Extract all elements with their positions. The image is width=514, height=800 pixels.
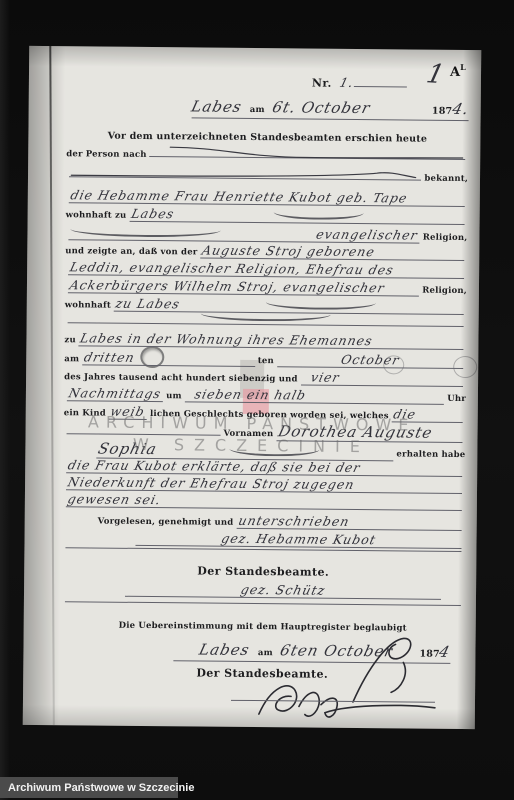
certify-year-digit: 4: [438, 643, 453, 661]
dateline-year-digit: 4.: [450, 100, 471, 118]
time-of-day-entry: Nachmittags: [67, 385, 163, 401]
entry-line: Nachmittags: [67, 385, 163, 402]
father-entry: Ackerbürgers Wilhelm Stroj, evangelische…: [68, 277, 386, 295]
year-words-label: des Jahres tausend acht hundert siebenzi…: [64, 372, 298, 384]
form-code-superscript: L: [460, 62, 466, 72]
hour-entry: sieben ein halb: [193, 386, 308, 402]
ten-label: ten: [258, 356, 274, 366]
row-residence-1: wohnhaft zu Labes: [66, 205, 468, 226]
mother-entry-2: Leddin, evangelischer Religion, Ehefrau …: [68, 259, 395, 277]
entry-line: gez. Hebamme Kubot: [135, 530, 461, 549]
row-dateline: Labes am 6t. October 187 4.: [192, 97, 469, 121]
form-code-letter: A: [450, 65, 460, 80]
entry-line: vier: [301, 369, 464, 387]
dateline-am: am: [250, 105, 265, 115]
entry-line: gewesen sei.: [66, 491, 462, 511]
dateline-year-printed: 187: [432, 106, 453, 117]
registrar-signature-text: gez. Schütz: [239, 582, 327, 598]
vorgelesen-label: Vorgelesen, genehmigt und: [98, 517, 234, 528]
nr-label: Nr.: [312, 77, 332, 90]
religion-entry: evangelischer: [315, 227, 420, 243]
registrar-label-1: Der Standesbeamte.: [197, 564, 329, 578]
entry-line: sieben ein halb: [185, 386, 445, 404]
pen-flourish: [70, 227, 220, 237]
birth-month-entry: October: [339, 352, 401, 368]
entry-line: evangelischer: [68, 224, 419, 243]
bekannt-label: bekannt,: [424, 174, 468, 184]
certify-am: am: [258, 648, 273, 658]
pen-flourish: [150, 144, 466, 161]
document-page: 1 AL Nr. 1. Labes am 6t. October 187 4. …: [23, 46, 481, 729]
row-number: Nr. 1.: [312, 75, 407, 93]
midwife-signature: gez. Hebamme Kubot: [220, 531, 378, 547]
certify-place: Labes: [198, 641, 252, 659]
blank-line: [69, 176, 421, 180]
intro-text: Vor dem unterzeichneten Standesbeamten e…: [108, 131, 428, 145]
residence-entry: Labes: [130, 206, 176, 221]
birthplace-entry: Labes in der Wohnung ihres Ehemannes: [79, 330, 375, 348]
pen-flourish: [266, 300, 376, 310]
pen-flourish: [69, 164, 422, 181]
entry-line: die Hebamme Frau Henriette Kubot geb. Ta…: [69, 187, 465, 207]
archive-footer-bar: Archiwum Państwowe w Szczecinie: [0, 777, 178, 798]
entry-line: Leddin, evangelischer Religion, Ehefrau …: [68, 259, 464, 279]
row-registrar-signature-1: gez. Schütz: [62, 580, 464, 601]
am-label: am: [64, 354, 79, 364]
wohnhaft-label-2: wohnhaft: [65, 300, 111, 310]
blank-line: [150, 156, 466, 160]
unterschrieben-entry: unterschrieben: [237, 513, 351, 529]
midwife-entry: die Hebamme Frau Henriette Kubot geb. Ta…: [69, 187, 409, 205]
pen-flourish: [201, 312, 331, 322]
blank-line: [354, 86, 407, 88]
um-label: um: [166, 391, 182, 401]
declaration-entry-1: die Frau Kubot erklärte, daß sie bei der: [66, 457, 362, 475]
row-birthplace: zu Labes in der Wohnung ihres Ehemannes: [64, 330, 466, 351]
declaration-entry-3: gewesen sei.: [66, 491, 163, 507]
page-crease-line: [49, 46, 55, 725]
wohnhaft-label: wohnhaft zu: [66, 210, 127, 221]
zu-label: zu: [64, 335, 76, 345]
dateline-place: Labes: [190, 97, 244, 115]
entry-line: Labes: [129, 206, 464, 225]
blank-line: [65, 601, 461, 606]
row-declaration-3: gewesen sei.: [63, 491, 465, 512]
entry-line: October: [277, 351, 463, 369]
corner-page-number: 1: [424, 59, 448, 90]
pen-flourish: [273, 210, 363, 220]
mother-name-entry: Auguste Stroj geborene: [201, 243, 377, 260]
birth-day-entry: dritten: [82, 349, 136, 364]
religion-label-2: Religion,: [422, 286, 467, 296]
nr-value: 1.: [338, 75, 356, 90]
entry-line: dritten: [82, 349, 255, 367]
birth-year-entry: vier: [309, 370, 341, 385]
person-nach-label: der Person nach: [66, 149, 147, 160]
entry-line: unterschrieben: [236, 513, 461, 531]
row-blank-3: [62, 601, 464, 622]
entry-line: Labes in der Wohnung ihres Ehemannes: [79, 330, 464, 350]
scan-background: 1 AL Nr. 1. Labes am 6t. October 187 4. …: [0, 0, 514, 800]
uhr-label: Uhr: [447, 394, 466, 404]
archive-label: Archiwum Państwowe w Szczecinie: [0, 782, 194, 794]
form-code: AL: [450, 62, 466, 80]
entry-line: Ackerbürgers Wilhelm Stroj, evangelische…: [68, 277, 419, 296]
declaration-entry-2: Niederkunft der Ehefrau Stroj zugegen: [66, 474, 356, 492]
residence-entry-2: zu Labes: [114, 296, 182, 312]
anzeige-label: und zeigte an, daß von der: [65, 246, 197, 257]
entry-line: gez. Schütz: [125, 581, 441, 600]
row-final-line: [228, 700, 438, 719]
entry-line: Auguste Stroj geborene: [200, 243, 464, 262]
dateline-date: 6t. October: [271, 98, 373, 117]
religion-label: Religion,: [423, 233, 468, 243]
